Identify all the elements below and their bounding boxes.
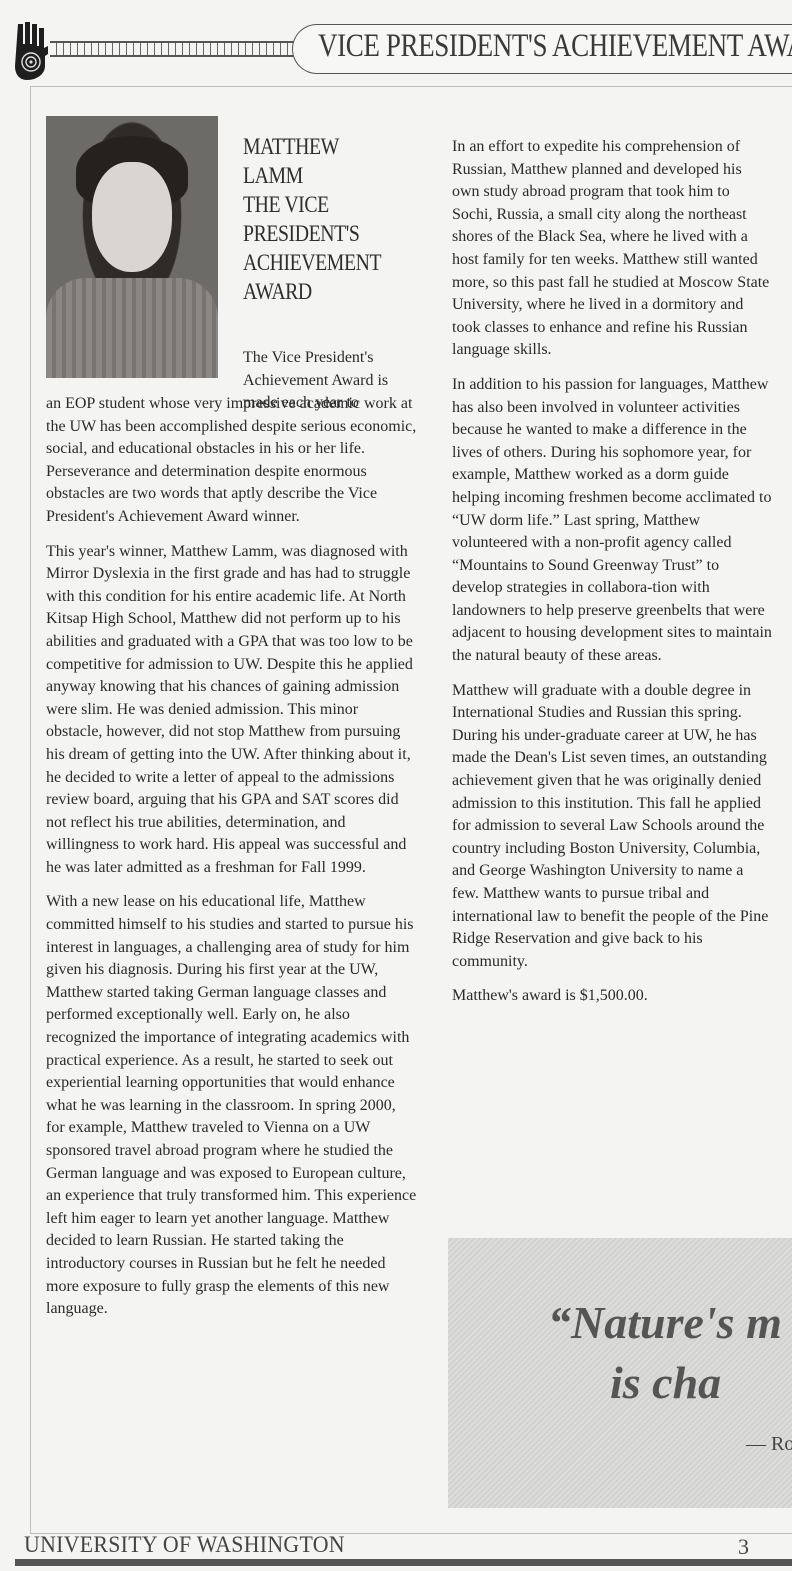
left-column: an EOP student whose very impressive aca… <box>46 393 418 1333</box>
photo-sweater <box>46 278 218 378</box>
right-column: In an effort to expedite his comprehensi… <box>452 136 772 1020</box>
paragraph: In an effort to expedite his comprehensi… <box>452 136 772 362</box>
quote-line: “Nature's m <box>548 1296 782 1349</box>
page-title: VICE PRESIDENT'S ACHIEVEMENT AWARD <box>318 28 792 65</box>
paragraph: an EOP student whose very impressive aca… <box>46 393 418 529</box>
award-amount: Matthew's award is $1,500.00. <box>452 985 772 1008</box>
paragraph: With a new lease on his educational life… <box>46 891 418 1320</box>
quote-attribution: — Ro <box>746 1433 792 1456</box>
header-ruler-decoration <box>50 41 295 57</box>
footer-rule <box>15 1559 792 1566</box>
heading-line: ACHIEVEMENT <box>243 248 389 277</box>
heading-line: THE VICE <box>243 190 389 219</box>
page-header: VICE PRESIDENT'S ACHIEVEMENT AWARD <box>0 0 792 90</box>
page-number: 3 <box>738 1534 749 1560</box>
heading-line: MATTHEW <box>243 132 389 161</box>
heading-line: PRESIDENT'S <box>243 219 389 248</box>
heading-line: LAMM <box>243 161 389 190</box>
article-heading: MATTHEW LAMM THE VICE PRESIDENT'S ACHIEV… <box>243 132 389 306</box>
photo-face <box>92 162 172 272</box>
paragraph: In addition to his passion for languages… <box>452 374 772 668</box>
footer-institution: UNIVERSITY OF WASHINGTON <box>24 1532 345 1558</box>
paragraph: Matthew will graduate with a double degr… <box>452 680 772 974</box>
paragraph: This year's winner, Matthew Lamm, was di… <box>46 541 418 880</box>
portrait-photo <box>46 116 218 378</box>
quote-line: is cha <box>610 1356 721 1409</box>
heading-line: AWARD <box>243 277 389 306</box>
pull-quote-box: “Nature's m is cha — Ro <box>448 1238 792 1508</box>
hand-spiral-icon <box>14 22 54 80</box>
